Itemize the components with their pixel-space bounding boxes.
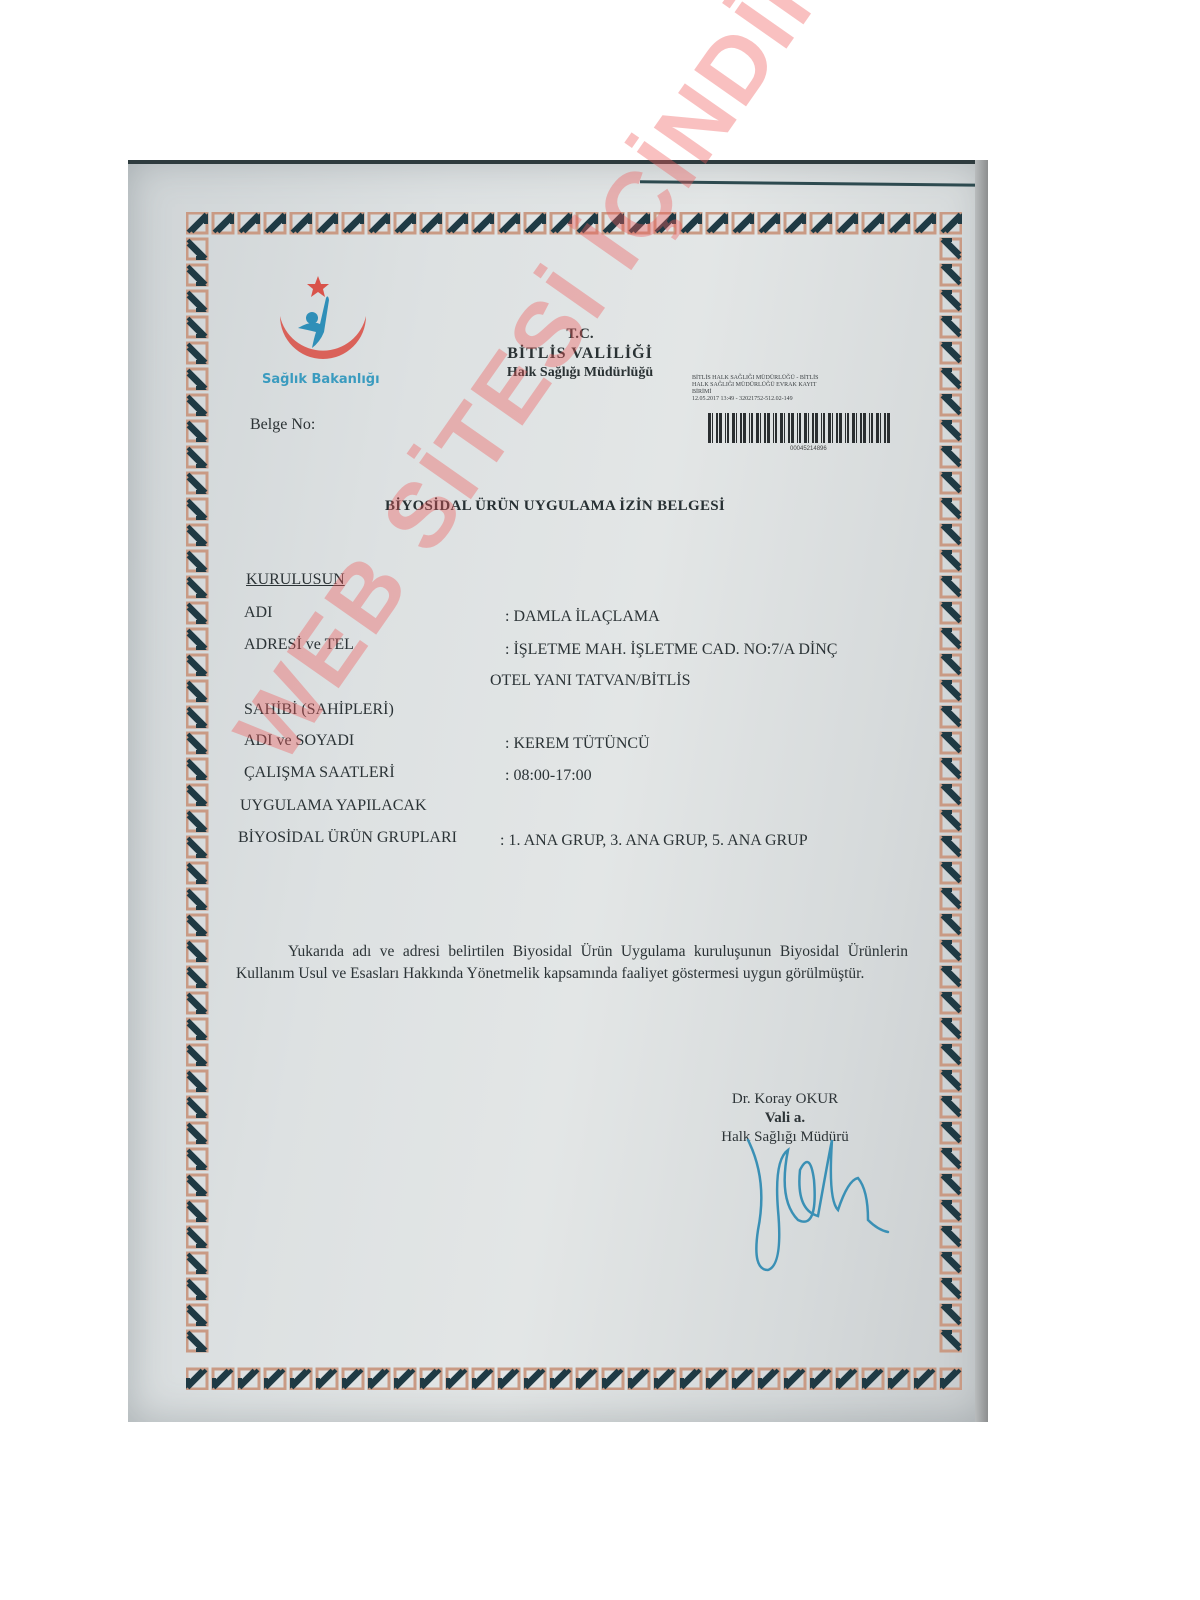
section-kurulus: KURULUSUN — [246, 571, 345, 589]
barcode-icon — [708, 413, 891, 443]
document-title: BİYOSİDAL ÜRÜN UYGULAMA İZİN BELGESİ — [385, 498, 725, 515]
field-value-name: : DAMLA İLAÇLAMA — [505, 608, 660, 626]
signatory-name: Dr. Koray OKUR — [700, 1090, 870, 1109]
field-label-address: ADRESİ ve TEL — [244, 636, 354, 654]
stamp-line: 12.05.2017 13:49 - 32021752-512.02-149 — [692, 396, 892, 403]
header-tc: T.C. — [470, 326, 690, 343]
header-governorship: BİTLİS VALİLİĞİ — [470, 345, 690, 363]
paper-top-edge — [128, 160, 988, 164]
field-label-hours: ÇALIŞMA SAATLERİ — [244, 764, 395, 782]
field-label-product-groups: BİYOSİDAL ÜRÜN GRUPLARI — [238, 829, 457, 847]
field-label-owner-name: ADI ve SOYADI — [244, 732, 354, 750]
stamp-line: BİTLİS HALK SAĞLIĞI MÜDÜRLÜĞÜ - BİTLİS — [692, 375, 892, 382]
handwritten-signature-icon — [728, 1120, 918, 1280]
ministry-logo-text: Sağlık Bakanlığı — [262, 372, 380, 387]
approval-paragraph: Yukarıda adı ve adresi belirtilen Biyosi… — [236, 941, 908, 985]
field-label-application: UYGULAMA YAPILACAK — [240, 797, 427, 815]
document-header: T.C. BİTLİS VALİLİĞİ Halk Sağlığı Müdürl… — [470, 326, 690, 381]
registry-stamp: BİTLİS HALK SAĞLIĞI MÜDÜRLÜĞÜ - BİTLİS H… — [692, 375, 892, 403]
document-number-label: Belge No: — [250, 416, 315, 434]
field-value-hours: : 08:00-17:00 — [505, 767, 592, 785]
field-value-product-groups: : 1. ANA GRUP, 3. ANA GRUP, 5. ANA GRUP — [500, 832, 808, 850]
paper-right-edge — [975, 160, 988, 1422]
header-directorate: Halk Sağlığı Müdürlüğü — [470, 365, 690, 381]
field-label-name: ADI — [244, 604, 272, 622]
field-value-address: : İŞLETME MAH. İŞLETME CAD. NO:7/A DİNÇ — [505, 641, 837, 659]
field-value-owner-name: : KEREM TÜTÜNCÜ — [505, 735, 650, 753]
stamp-line: BİRİMİ — [692, 389, 892, 396]
field-value-address-cont: OTEL YANI TATVAN/BİTLİS — [490, 672, 690, 690]
ministry-logo-icon — [268, 272, 378, 368]
section-owner: SAHİBİ (SAHİPLERİ) — [244, 701, 394, 719]
stamp-line: HALK SAĞLIĞI MÜDÜRLÜĞÜ EVRAK KAYIT — [692, 382, 892, 389]
barcode-number: 00045214896 — [790, 446, 827, 452]
approval-text: Yukarıda adı ve adresi belirtilen Biyosi… — [236, 943, 908, 982]
